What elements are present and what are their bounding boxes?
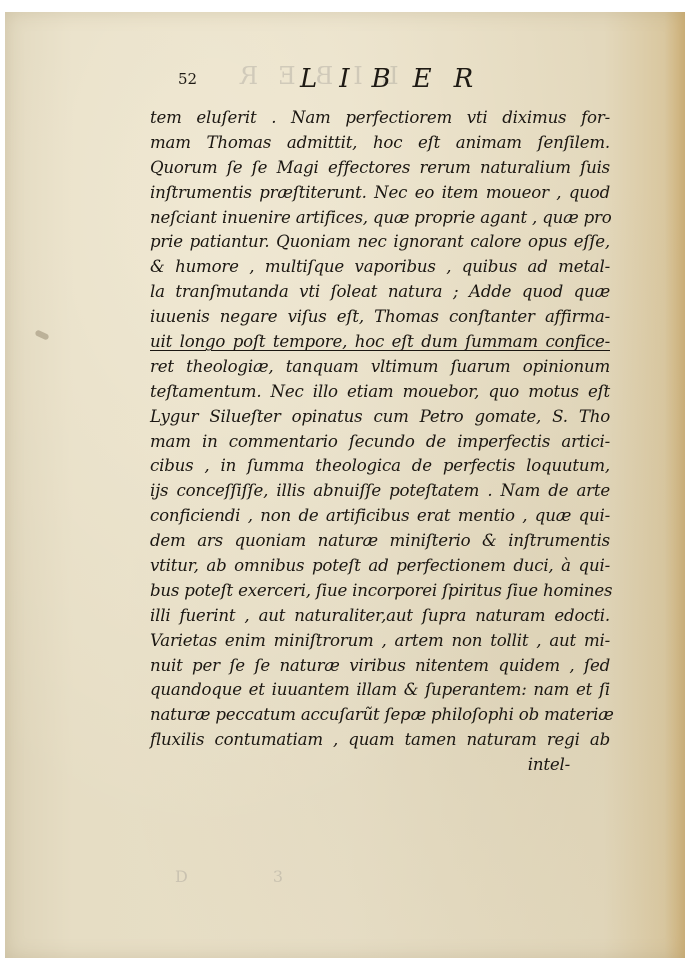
text-line: & humore , multiſque vaporibus , quibus … bbox=[150, 255, 610, 280]
text-line: ret theologiæ, tanquam vltimum ſuarum op… bbox=[150, 355, 610, 380]
text-line: Lygur Silueſter opinatus cum Petro gomat… bbox=[150, 405, 610, 430]
text-line-underlined: uit longo poſt tempore, hoc eſt dum ſumm… bbox=[150, 330, 610, 355]
text-line: dem ars quoniam naturæ miniſterio & inſt… bbox=[150, 529, 610, 554]
text-line: teſtamentum. Nec illo etiam mouebor, quo… bbox=[150, 380, 610, 405]
text-line: nuit per ſe ſe naturæ viribus nitentem q… bbox=[150, 654, 610, 679]
text-line: naturæ peccatum accuſarũt ſepæ philoſoph… bbox=[150, 703, 610, 728]
text-line: la tranſmutanda vti ſoleat natura ; Adde… bbox=[150, 280, 610, 305]
text-line: conficiendi , non de artificibus erat me… bbox=[150, 504, 610, 529]
text-line: illi fuerint , aut naturaliter,aut ſupra… bbox=[150, 604, 610, 629]
text-line: fluxilis contumatiam , quam tamen natura… bbox=[150, 728, 610, 753]
text-line: mam in commentario ſecundo de imperfecti… bbox=[150, 430, 610, 455]
text-line: inſtrumentis præſtiterunt. Nec eo item m… bbox=[150, 181, 610, 206]
running-title: LIBER bbox=[300, 64, 495, 94]
catchword: intel- bbox=[150, 753, 610, 778]
page-blemish bbox=[34, 329, 49, 340]
body-text: tem eluſerit . Nam perfectiorem vti dixi… bbox=[150, 106, 610, 778]
page-number: 52 bbox=[178, 70, 197, 88]
text-line: tem eluſerit . Nam perfectiorem vti dixi… bbox=[150, 106, 610, 131]
text-line: prie patiantur. Quoniam nec ignorant cal… bbox=[150, 230, 610, 255]
text-line: quandoque et iuuantem illam & ſuperantem… bbox=[150, 678, 610, 703]
page-header: 52 LIBER bbox=[178, 64, 558, 98]
text-line: Varietas enim miniſtrorum , artem non to… bbox=[150, 629, 610, 654]
text-line: bus poteſt exerceri, ſiue incorporei ſpi… bbox=[150, 579, 610, 604]
book-page: LIBER 52 LIBER tem eluſerit . Nam perfec… bbox=[5, 12, 685, 958]
text-line: neſciant inuenire artifices, quæ proprie… bbox=[150, 206, 610, 231]
text-line: Quorum ſe ſe Magi effectores rerum natur… bbox=[150, 156, 610, 181]
show-through-signature: D 3 bbox=[175, 867, 323, 886]
text-line: iuuenis negare viſus eſt, Thomas conſtan… bbox=[150, 305, 610, 330]
text-line: cibus , in ſumma theologica de perfectis… bbox=[150, 454, 610, 479]
text-line: vtitur, ab omnibus poteſt ad perfectione… bbox=[150, 554, 610, 579]
text-line: ijs conceſſiſſe, illis abnuiſſe poteſtat… bbox=[150, 479, 610, 504]
text-line: mam Thomas admittit, hoc eſt animam ſenſ… bbox=[150, 131, 610, 156]
